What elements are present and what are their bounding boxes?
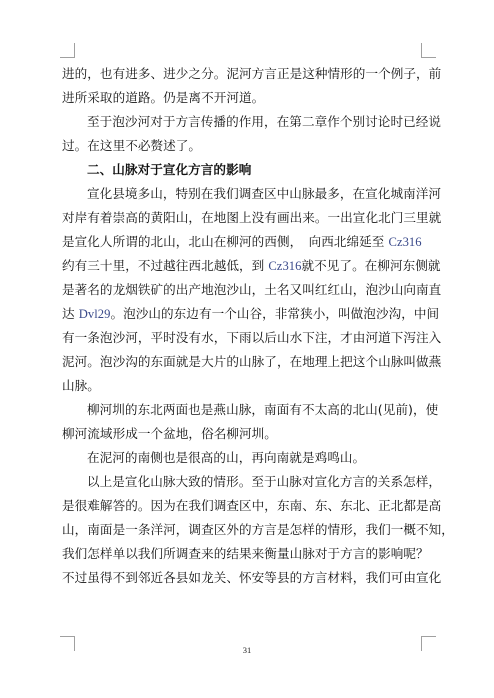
text-line: 对岸有着崇高的黄阳山，在地图上没有画出来。一出宣化北门三里就 bbox=[62, 206, 434, 230]
crop-mark-top-right bbox=[421, 43, 436, 58]
paragraph-start: 在泥河的南侧也是很高的山，再向南就是鸡鸣山。 bbox=[62, 446, 434, 470]
map-code: Cz316 bbox=[389, 235, 422, 249]
text-line: 山脉。 bbox=[62, 374, 434, 398]
text-line: 是著名的龙烟铁矿的出产地泡沙山，土名又叫红红山，泡沙山向南直 bbox=[62, 278, 434, 302]
text-line: 是很难解答的。因为在我们调查区中，东南、东、东北、正北都是高 bbox=[62, 494, 434, 518]
text-run: 就不见了。在柳河东侧就 bbox=[302, 258, 441, 273]
paragraph-start: 至于泡沙河对于方言传播的作用，在第二章作个别讨论时已经说 bbox=[62, 110, 434, 134]
map-code: Dvl29 bbox=[79, 307, 111, 321]
text-line: 柳河流域形成一个盆地，俗名柳河圳。 bbox=[62, 422, 434, 446]
text-run: 达 bbox=[62, 306, 79, 321]
paragraph-start: 宣化县境多山，特别在我们调查区中山脉最多，在宣化城南洋河 bbox=[62, 182, 434, 206]
text-line: 进的，也有进多、进少之分。泥河方言正是这种情形的一个例子，前 bbox=[62, 62, 434, 86]
text-line: 过。在这里不必赘述了。 bbox=[62, 134, 434, 158]
map-code: Cz316 bbox=[268, 259, 301, 273]
text-line: 进所采取的道路。仍是离不开河道。 bbox=[62, 86, 434, 110]
text-line: 有一条泡沙河，平时没有水，下雨以后山水下注，才由河道下泻注入 bbox=[62, 326, 434, 350]
text-line: 我们怎样单以我们所调查来的结果来衡量山脉对于方言的影响呢？ bbox=[62, 542, 434, 566]
text-line: 约有三十里，不过越往西北越低，到 Cz316就不见了。在柳河东侧就 bbox=[62, 254, 434, 278]
paragraph-start: 以上是宣化山脉大致的情形。至于山脉对宣化方言的关系怎样， bbox=[62, 470, 434, 494]
text-line: 不过虽得不到邻近各县如龙关、怀安等县的方言材料，我们可由宣化 bbox=[62, 566, 434, 590]
page-number: 31 bbox=[0, 645, 494, 655]
text-line: 泥河。泡沙沟的东面就是大片的山脉了，在地理上把这个山脉叫做燕 bbox=[62, 350, 434, 374]
text-line: 是宣化人所谓的北山，北山在柳河的西侧， 向西北绵延至 Cz316 bbox=[62, 230, 434, 254]
text-line: 山，南面是一条洋河，调查区外的方言是怎样的情形，我们一概不知， bbox=[62, 518, 434, 542]
crop-mark-top-left bbox=[60, 43, 75, 58]
text-run: 。泡沙山的东边有一个山谷，非常狭小，叫做泡沙沟，中间 bbox=[110, 306, 439, 321]
text-line: 达 Dvl29。泡沙山的东边有一个山谷，非常狭小，叫做泡沙沟，中间 bbox=[62, 302, 434, 326]
paragraph-start: 柳河圳的东北两面也是燕山脉，南面有不太高的北山(见前)，使 bbox=[62, 398, 434, 422]
document-page: 进的，也有进多、进少之分。泥河方言正是这种情形的一个例子，前 进所采取的道路。仍… bbox=[0, 0, 494, 698]
section-heading: 二、山脉对于宣化方言的影响 bbox=[62, 158, 434, 182]
text-run: 约有三十里，不过越往西北越低，到 bbox=[62, 258, 268, 273]
text-run: 是宣化人所谓的北山，北山在柳河的西侧， 向西北绵延至 bbox=[62, 234, 389, 249]
page-body: 进的，也有进多、进少之分。泥河方言正是这种情形的一个例子，前 进所采取的道路。仍… bbox=[62, 62, 434, 590]
